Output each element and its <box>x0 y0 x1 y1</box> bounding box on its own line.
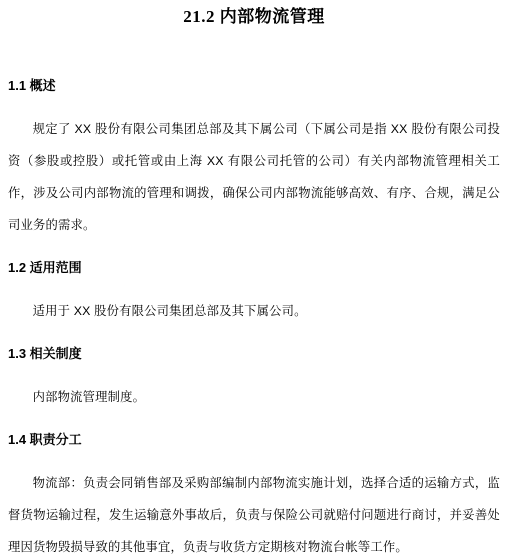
section-paragraph-overview: 规定了 XX 股份有限公司集团总部及其下属公司（下属公司是指 XX 股份有限公司… <box>8 113 500 241</box>
section-heading-responsibilities: 1.4 职责分工 <box>8 424 500 456</box>
section-scope: 1.2 适用范围 适用于 XX 股份有限公司集团总部及其下属公司。 <box>8 252 500 327</box>
section-heading-scope: 1.2 适用范围 <box>8 252 500 284</box>
section-overview: 1.1 概述 规定了 XX 股份有限公司集团总部及其下属公司（下属公司是指 XX… <box>8 70 500 241</box>
section-responsibilities: 1.4 职责分工 物流部：负责会同销售部及采购部编制内部物流实施计划，选择合适的… <box>8 424 500 557</box>
section-paragraph-responsibilities: 物流部：负责会同销售部及采购部编制内部物流实施计划，选择合适的运输方式，监督货物… <box>8 467 500 557</box>
section-paragraph-related-policies: 内部物流管理制度。 <box>8 381 500 413</box>
section-heading-related-policies: 1.3 相关制度 <box>8 338 500 370</box>
section-heading-overview: 1.1 概述 <box>8 70 500 102</box>
document-page: 21.2 内部物流管理 1.1 概述 规定了 XX 股份有限公司集团总部及其下属… <box>0 0 508 557</box>
section-paragraph-scope: 适用于 XX 股份有限公司集团总部及其下属公司。 <box>8 295 500 327</box>
document-title: 21.2 内部物流管理 <box>8 4 500 30</box>
section-related-policies: 1.3 相关制度 内部物流管理制度。 <box>8 338 500 413</box>
